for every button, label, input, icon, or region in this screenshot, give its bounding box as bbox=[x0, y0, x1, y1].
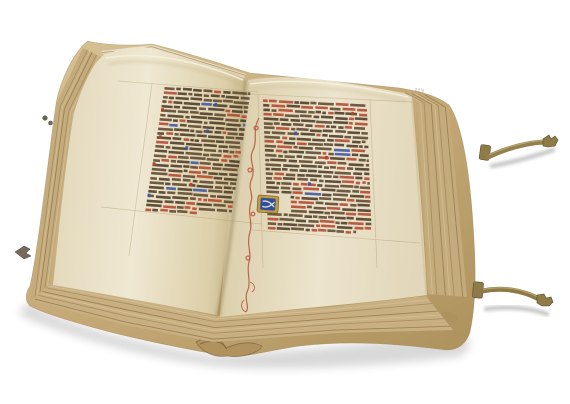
script-line-segment bbox=[288, 133, 299, 134]
script-line-segment bbox=[335, 154, 351, 155]
script-line-segment bbox=[224, 188, 232, 189]
script-line-segment bbox=[182, 107, 197, 108]
script-line-segment bbox=[335, 173, 351, 174]
script-line-segment bbox=[357, 110, 367, 111]
script-line-segment bbox=[318, 172, 333, 173]
script-line-segment bbox=[283, 224, 297, 225]
script-line-segment bbox=[320, 221, 335, 222]
script-line-segment bbox=[265, 146, 276, 147]
script-line-segment bbox=[159, 124, 169, 125]
script-line-segment bbox=[296, 129, 308, 130]
script-line-segment bbox=[301, 121, 315, 122]
script-line-segment bbox=[156, 142, 168, 143]
script-line-segment bbox=[216, 182, 229, 183]
script-line-segment bbox=[169, 125, 177, 126]
script-line-segment bbox=[183, 89, 192, 90]
script-line-segment bbox=[321, 226, 335, 227]
script-line-segment bbox=[208, 109, 224, 110]
script-line-segment bbox=[272, 133, 286, 134]
script-line-segment bbox=[360, 192, 370, 193]
script-line-segment bbox=[183, 180, 191, 181]
script-line-segment bbox=[169, 152, 184, 153]
script-line-segment bbox=[226, 124, 241, 125]
script-line-segment bbox=[208, 200, 222, 201]
script-line-segment bbox=[147, 201, 163, 202]
script-line-segment bbox=[352, 150, 366, 151]
script-line-segment bbox=[190, 112, 199, 113]
script-line-segment bbox=[327, 162, 336, 163]
script-line-segment bbox=[214, 178, 223, 179]
script-line-segment bbox=[268, 219, 279, 220]
script-line-segment bbox=[164, 93, 177, 94]
script-line-segment bbox=[315, 163, 326, 164]
script-line-segment bbox=[300, 116, 312, 117]
script-line-segment bbox=[345, 114, 357, 115]
script-line-segment bbox=[297, 144, 307, 145]
script-line-segment bbox=[193, 195, 208, 196]
script-line-segment bbox=[162, 106, 173, 107]
script-line-segment bbox=[267, 192, 280, 193]
script-line-segment bbox=[297, 179, 308, 180]
script-line-segment bbox=[279, 219, 294, 220]
script-line-segment bbox=[335, 113, 345, 114]
script-line-segment bbox=[271, 169, 281, 170]
script-line-segment bbox=[298, 225, 314, 226]
script-line-segment bbox=[172, 148, 188, 149]
script-line-segment bbox=[303, 157, 316, 158]
script-line-segment bbox=[213, 101, 222, 102]
script-line-segment bbox=[353, 137, 368, 138]
script-line-segment bbox=[150, 178, 157, 179]
script-line-segment bbox=[172, 197, 188, 198]
script-line-segment bbox=[264, 123, 273, 124]
script-line-segment bbox=[284, 143, 295, 144]
script-line-segment bbox=[347, 132, 360, 133]
script-line-segment bbox=[154, 156, 166, 157]
script-line-segment bbox=[163, 207, 176, 208]
script-line-segment bbox=[216, 128, 225, 129]
clasp-catch-lower bbox=[15, 246, 31, 259]
script-line-segment bbox=[216, 141, 225, 142]
script-line-segment bbox=[309, 212, 324, 213]
script-line-segment bbox=[315, 148, 332, 149]
script-line-segment bbox=[325, 186, 339, 187]
script-line-segment bbox=[330, 109, 341, 110]
script-line-segment bbox=[322, 195, 331, 196]
script-line-segment bbox=[214, 92, 221, 93]
script-line-segment bbox=[335, 218, 346, 219]
script-line-segment bbox=[199, 209, 215, 210]
script-line-segment bbox=[306, 152, 322, 153]
script-line-segment bbox=[180, 125, 187, 126]
script-line-segment bbox=[197, 204, 212, 205]
script-line-segment bbox=[172, 184, 187, 185]
script-line-segment bbox=[241, 98, 250, 99]
script-line-segment bbox=[200, 113, 213, 114]
script-line-segment bbox=[319, 198, 331, 199]
script-line-segment bbox=[229, 106, 242, 107]
script-line-segment bbox=[285, 156, 295, 157]
script-line-segment bbox=[227, 115, 240, 116]
script-line-segment bbox=[191, 117, 207, 118]
script-line-segment bbox=[197, 136, 207, 137]
script-line-segment bbox=[290, 170, 298, 171]
script-line-segment bbox=[232, 93, 246, 94]
script-line-segment bbox=[343, 109, 356, 110]
script-line-segment bbox=[266, 187, 279, 188]
script-line-segment bbox=[358, 205, 370, 206]
script-line-segment bbox=[175, 202, 185, 203]
script-line-segment bbox=[210, 155, 221, 156]
script-line-segment bbox=[197, 176, 213, 177]
script-line-segment bbox=[277, 228, 290, 229]
script-line-segment bbox=[279, 102, 293, 103]
script-line-segment bbox=[281, 188, 290, 189]
script-line-segment bbox=[337, 191, 351, 192]
script-line-segment bbox=[301, 134, 315, 135]
script-line-segment bbox=[186, 144, 202, 145]
script-line-segment bbox=[166, 188, 176, 189]
script-line-segment bbox=[289, 215, 303, 216]
script-line-segment bbox=[354, 128, 365, 129]
script-line-segment bbox=[174, 102, 183, 103]
script-line-segment bbox=[178, 193, 193, 194]
script-line-segment bbox=[352, 142, 361, 143]
script-line-segment bbox=[333, 122, 348, 123]
script-line-segment bbox=[321, 190, 335, 191]
script-line-segment bbox=[297, 139, 311, 140]
script-line-segment bbox=[228, 134, 238, 135]
script-line-segment bbox=[213, 205, 225, 206]
script-line-segment bbox=[155, 146, 164, 147]
script-line-segment bbox=[224, 192, 233, 193]
script-line-segment bbox=[152, 169, 166, 170]
script-line-segment bbox=[226, 137, 235, 138]
script-line-segment bbox=[223, 101, 233, 102]
book-scene: 113 bbox=[0, 0, 570, 404]
script-line-segment bbox=[334, 150, 350, 151]
script-line-segment bbox=[201, 104, 212, 105]
script-line-segment bbox=[318, 104, 334, 105]
script-line-segment bbox=[264, 137, 280, 138]
script-line-segment bbox=[229, 161, 239, 162]
script-line-segment bbox=[323, 131, 333, 132]
script-line-segment bbox=[279, 110, 293, 111]
script-line-segment bbox=[219, 174, 228, 175]
script-line-segment bbox=[213, 164, 223, 165]
illuminated-initial bbox=[257, 195, 279, 213]
script-line-segment bbox=[301, 107, 313, 108]
script-line-segment bbox=[274, 178, 282, 179]
script-line-segment bbox=[265, 165, 281, 166]
script-line-segment bbox=[265, 141, 274, 142]
script-line-segment bbox=[306, 175, 322, 176]
script-line-segment bbox=[356, 201, 371, 202]
script-line-segment bbox=[300, 103, 309, 104]
script-line-segment bbox=[276, 128, 289, 129]
script-line-segment bbox=[275, 174, 284, 175]
script-line-segment bbox=[189, 172, 201, 173]
script-line-segment bbox=[194, 95, 202, 96]
script-line-segment bbox=[291, 229, 304, 230]
script-line-segment bbox=[186, 153, 202, 154]
script-line-segment bbox=[314, 208, 326, 209]
script-line-segment bbox=[155, 151, 167, 152]
script-line-segment bbox=[178, 112, 189, 113]
script-line-segment bbox=[193, 190, 207, 191]
script-line-segment bbox=[236, 138, 244, 139]
script-line-segment bbox=[191, 163, 199, 164]
script-line-segment bbox=[173, 138, 182, 139]
script-line-segment bbox=[335, 131, 346, 132]
manuscript-photo: 113 bbox=[0, 0, 570, 404]
script-line-segment bbox=[153, 160, 160, 161]
upper-clasp-finial bbox=[543, 135, 558, 147]
script-line-segment bbox=[159, 179, 170, 180]
script-line-segment bbox=[148, 191, 157, 192]
script-line-segment bbox=[217, 197, 232, 198]
script-line-segment bbox=[348, 223, 363, 224]
script-line-segment bbox=[174, 129, 189, 130]
script-line-segment bbox=[208, 191, 222, 192]
script-line-segment bbox=[296, 221, 306, 222]
script-line-segment bbox=[207, 159, 219, 160]
script-line-segment bbox=[333, 199, 346, 200]
script-line-segment bbox=[325, 181, 341, 182]
script-line-segment bbox=[299, 148, 313, 149]
script-line-segment bbox=[358, 214, 371, 215]
script-line-segment bbox=[159, 192, 166, 193]
script-line-segment bbox=[204, 100, 212, 101]
script-line-segment bbox=[224, 202, 234, 203]
script-line-segment bbox=[319, 217, 327, 218]
script-line-segment bbox=[215, 187, 222, 188]
script-line-segment bbox=[335, 145, 345, 146]
script-line-segment bbox=[169, 170, 183, 171]
script-line-segment bbox=[295, 111, 307, 112]
upper-clasp bbox=[479, 135, 558, 166]
script-line-segment bbox=[208, 137, 224, 138]
script-line-segment bbox=[355, 119, 367, 120]
script-line-segment bbox=[316, 122, 332, 123]
script-line-segment bbox=[315, 126, 325, 127]
script-line-segment bbox=[286, 175, 296, 176]
script-line-segment bbox=[347, 146, 359, 147]
script-line-segment bbox=[289, 152, 304, 153]
script-line-segment bbox=[327, 208, 340, 209]
script-line-segment bbox=[178, 157, 189, 158]
script-line-segment bbox=[277, 147, 292, 148]
script-line-segment bbox=[176, 98, 189, 99]
script-line-segment bbox=[349, 164, 364, 165]
script-line-segment bbox=[180, 134, 196, 135]
script-line-segment bbox=[187, 121, 202, 122]
script-line-segment bbox=[280, 119, 289, 120]
lower-clasp-finial bbox=[537, 294, 553, 306]
script-line-segment bbox=[356, 219, 371, 220]
script-line-segment bbox=[299, 161, 313, 162]
script-line-segment bbox=[340, 177, 355, 178]
script-line-segment bbox=[146, 205, 161, 206]
script-line-segment bbox=[150, 182, 164, 183]
script-line-segment bbox=[168, 157, 177, 158]
script-line-segment bbox=[360, 188, 370, 189]
script-line-segment bbox=[267, 214, 281, 215]
script-line-segment bbox=[281, 124, 291, 125]
script-line-segment bbox=[224, 179, 237, 180]
script-line-segment bbox=[149, 187, 164, 188]
script-line-segment bbox=[165, 88, 175, 89]
script-line-segment bbox=[281, 183, 291, 184]
script-line-segment bbox=[225, 165, 239, 166]
script-line-segment bbox=[229, 147, 240, 148]
script-line-segment bbox=[193, 90, 202, 91]
script-line-segment bbox=[232, 111, 243, 112]
script-line-segment bbox=[273, 114, 284, 115]
script-line-segment bbox=[315, 108, 328, 109]
script-line-segment bbox=[308, 144, 323, 145]
script-line-segment bbox=[321, 117, 333, 118]
script-line-segment bbox=[291, 211, 307, 212]
script-line-segment bbox=[190, 213, 197, 214]
script-line-segment bbox=[167, 193, 175, 194]
script-line-segment bbox=[190, 167, 198, 168]
script-line-segment bbox=[201, 140, 215, 141]
script-line-segment bbox=[203, 127, 215, 128]
script-line-segment bbox=[177, 211, 187, 212]
script-line-segment bbox=[355, 124, 368, 125]
script-line-segment bbox=[283, 178, 295, 179]
script-line-segment bbox=[346, 159, 356, 160]
script-line-segment bbox=[272, 106, 286, 107]
script-line-segment bbox=[178, 189, 193, 190]
script-line-segment bbox=[312, 140, 325, 141]
script-line-segment bbox=[178, 93, 187, 94]
script-line-segment bbox=[330, 158, 345, 159]
script-line-segment bbox=[223, 92, 230, 93]
script-line-segment bbox=[229, 174, 237, 175]
script-line-segment bbox=[299, 202, 314, 203]
script-line-segment bbox=[199, 167, 211, 168]
script-line-segment bbox=[335, 118, 348, 119]
script-line-segment bbox=[189, 149, 202, 150]
script-line-segment bbox=[225, 120, 238, 121]
script-line-segment bbox=[183, 176, 195, 177]
script-line-segment bbox=[285, 116, 299, 117]
script-line-segment bbox=[200, 182, 214, 183]
script-line-segment bbox=[335, 140, 350, 141]
script-line-segment bbox=[340, 186, 353, 187]
script-line-segment bbox=[355, 228, 364, 229]
script-line-segment bbox=[350, 196, 364, 197]
script-line-segment bbox=[336, 104, 349, 105]
script-line-segment bbox=[226, 97, 239, 98]
script-line-segment bbox=[346, 214, 356, 215]
script-line-segment bbox=[186, 203, 195, 204]
script-line-segment bbox=[224, 156, 232, 157]
script-line-segment bbox=[168, 116, 184, 117]
script-line-segment bbox=[308, 221, 318, 222]
script-line-segment bbox=[293, 124, 304, 125]
script-line-segment bbox=[188, 126, 201, 127]
script-line-segment bbox=[165, 202, 174, 203]
script-line-segment bbox=[301, 166, 317, 167]
script-line-segment bbox=[191, 99, 203, 100]
script-line-segment bbox=[333, 195, 348, 196]
script-line-segment bbox=[212, 168, 221, 169]
script-line-segment bbox=[289, 161, 297, 162]
script-line-segment bbox=[331, 213, 345, 214]
clasp-catch-upper bbox=[43, 116, 53, 125]
script-line-segment bbox=[190, 158, 206, 159]
script-line-segment bbox=[360, 155, 369, 156]
script-line-segment bbox=[287, 106, 300, 107]
script-line-segment bbox=[170, 143, 184, 144]
script-line-segment bbox=[184, 103, 200, 104]
script-line-segment bbox=[204, 150, 216, 151]
script-line-segment bbox=[302, 198, 318, 199]
script-line-segment bbox=[350, 105, 365, 106]
script-line-segment bbox=[342, 182, 354, 183]
script-line-segment bbox=[158, 129, 173, 130]
script-line-segment bbox=[268, 223, 276, 224]
script-line-segment bbox=[291, 207, 306, 208]
script-line-segment bbox=[208, 173, 217, 174]
script-line-segment bbox=[160, 210, 168, 211]
lower-clasp bbox=[472, 282, 553, 314]
folio-number: 113 bbox=[414, 87, 424, 95]
script-line-segment bbox=[214, 115, 225, 116]
script-line-segment bbox=[305, 194, 321, 195]
script-line-segment bbox=[200, 163, 211, 164]
script-line-segment bbox=[225, 142, 240, 143]
script-line-segment bbox=[222, 169, 237, 170]
script-line-segment bbox=[265, 150, 274, 151]
script-line-segment bbox=[264, 127, 275, 128]
script-line-segment bbox=[234, 102, 249, 103]
script-line-segment bbox=[291, 120, 301, 121]
script-line-segment bbox=[160, 119, 172, 120]
script-line-segment bbox=[270, 160, 286, 161]
script-line-segment bbox=[342, 209, 356, 210]
script-line-segment bbox=[172, 179, 181, 180]
script-line-segment bbox=[211, 96, 220, 97]
script-line-segment bbox=[265, 155, 276, 156]
script-line-segment bbox=[283, 165, 299, 166]
script-line-segment bbox=[151, 173, 167, 174]
script-line-segment bbox=[161, 160, 169, 161]
script-line-segment bbox=[355, 169, 369, 170]
script-line-segment bbox=[171, 166, 183, 167]
script-line-segment bbox=[208, 118, 224, 119]
script-line-segment bbox=[310, 131, 322, 132]
script-line-segment bbox=[293, 192, 303, 193]
script-line-segment bbox=[197, 186, 214, 187]
script-line-segment bbox=[225, 129, 237, 130]
script-line-segment bbox=[204, 145, 217, 146]
script-line-segment bbox=[177, 161, 189, 162]
script-line-segment bbox=[325, 204, 338, 205]
script-line-segment bbox=[204, 91, 213, 92]
script-line-segment bbox=[217, 210, 227, 211]
script-line-segment bbox=[303, 188, 319, 189]
script-line-segment bbox=[264, 119, 279, 120]
script-line-segment bbox=[329, 136, 343, 137]
script-line-segment bbox=[337, 227, 353, 228]
script-line-segment bbox=[219, 146, 228, 147]
script-line-segment bbox=[358, 210, 371, 211]
lower-clasp-shadow bbox=[486, 308, 547, 314]
